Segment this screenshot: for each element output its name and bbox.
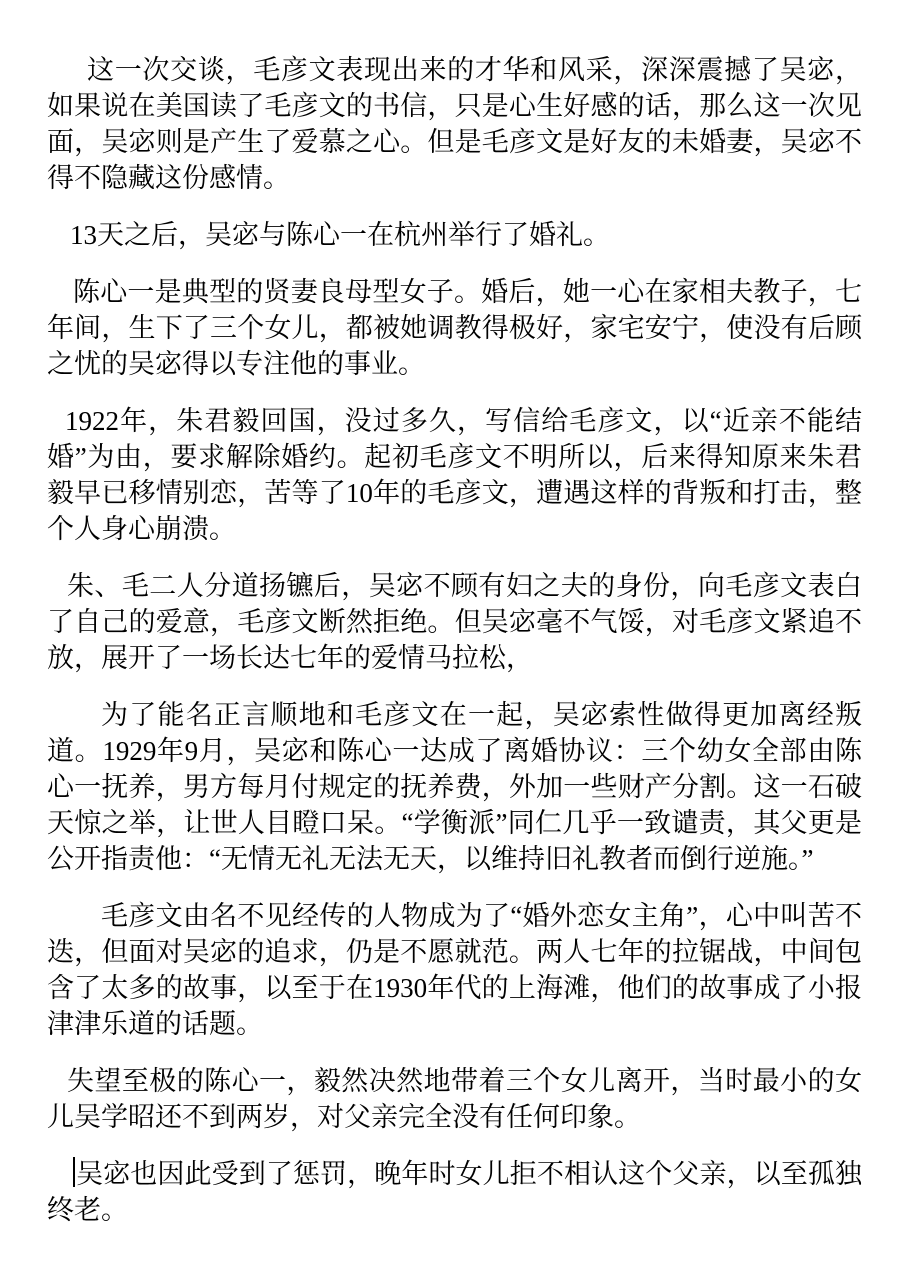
paragraph-9[interactable]: 吴宓也因此受到了惩罚，晚年时女儿拒不相认这个父亲，以至孤独终老。	[47, 1156, 862, 1228]
paragraph-2[interactable]: 13天之后，吴宓与陈心一在杭州举行了婚礼。	[47, 217, 862, 253]
paragraph-5[interactable]: 朱、毛二人分道扬镳后，吴宓不顾有妇之夫的身份，向毛彦文表白了自己的爱意，毛彦文断…	[47, 568, 862, 676]
paragraph-4[interactable]: 1922年，朱君毅回国，没过多久，写信给毛彦文，以“近亲不能结婚”为由，要求解除…	[47, 403, 862, 547]
paragraph-7[interactable]: 毛彦文由名不见经传的人物成为了“婚外恋女主角”，心中叫苦不迭，但面对吴宓的追求，…	[47, 898, 862, 1042]
paragraph-8[interactable]: 失望至极的陈心一，毅然决然地带着三个女儿离开，当时最小的女儿吴学昭还不到两岁，对…	[47, 1063, 862, 1135]
paragraph-1[interactable]: 这一次交谈，毛彦文表现出来的才华和风采，深深震撼了吴宓，如果说在美国读了毛彦文的…	[47, 52, 862, 196]
article-text: 这一次交谈，毛彦文表现出来的才华和风采，深深震撼了吴宓，如果说在美国读了毛彦文的…	[47, 52, 862, 1228]
paragraph-3[interactable]: 陈心一是典型的贤妻良母型女子。婚后，她一心在家相夫教子，七年间，生下了三个女儿，…	[47, 274, 862, 382]
text-cursor-caret	[73, 1157, 75, 1187]
paragraph-9-text: 吴宓也因此受到了惩罚，晚年时女儿拒不相认这个父亲，以至孤独终老。	[47, 1159, 862, 1225]
paragraph-6[interactable]: 为了能名正言顺地和毛彦文在一起，吴宓索性做得更加离经叛道。1929年9月，吴宓和…	[47, 697, 862, 877]
document-page: 这一次交谈，毛彦文表现出来的才华和风采，深深震撼了吴宓，如果说在美国读了毛彦文的…	[0, 0, 907, 1280]
